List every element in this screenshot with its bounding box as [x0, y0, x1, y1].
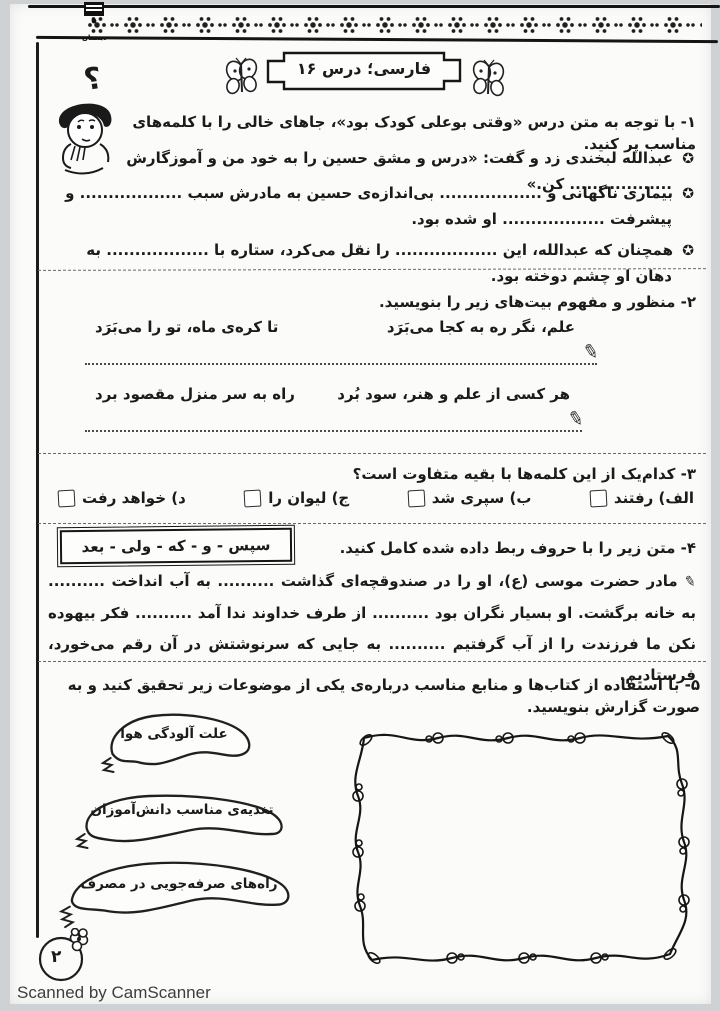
q5-topic-ribbon-2: تغذیه‌ی مناسب دانش‌آموزان — [58, 784, 306, 854]
q1-bullet-2-text: بیماری ناگهانی و .................. بی‌ا… — [65, 184, 673, 228]
q4-paragraph-text: مادر حضرت موسی (ع)، او را در صندوقچه‌ای … — [48, 572, 696, 684]
q3-option-c: ج) لیوان را — [244, 489, 349, 507]
couplet-1-hemistich-1: علم، نگر ره به کجا می‌بَرَد — [387, 318, 575, 336]
page-number: ۲ — [51, 947, 61, 967]
q4-word-bank: سپس - و - که - ولی - بعد — [60, 528, 292, 564]
q5-topic-1-label: علت آلودگی هوا — [78, 726, 270, 742]
section-divider — [38, 523, 706, 524]
q1-bullet-3-text: همچنان که عبدالله، این .................… — [86, 241, 673, 285]
q3-option-d-checkbox[interactable] — [58, 489, 76, 507]
q3-option-c-checkbox[interactable] — [244, 489, 262, 507]
school-stamp: دبستان — [82, 1, 116, 41]
q3-options: الف) رفتند ب) سپری شد ج) لیوان را د) خوا… — [58, 489, 694, 507]
couplet-1-hemistich-2: تا کره‌ی ماه، تو را می‌بَرَد — [95, 318, 278, 336]
q5-topic-ribbon-3: راه‌های صرفه‌جویی در مصرف — [45, 850, 313, 932]
medallion-circle — [34, 928, 92, 986]
stamp-label: دبستان — [82, 34, 107, 42]
butterfly-icon — [470, 58, 508, 102]
q4-heading: ۴- متن زیر را با حروف ربط داده شده کامل … — [300, 537, 696, 559]
stamp-book-icon — [82, 1, 108, 25]
star-bullet-icon: ✪ — [678, 151, 694, 167]
couplet-2-hemistich-1: هر کسی از علم و هنر، سود بُرد — [337, 385, 570, 403]
q3-heading: ۳- کدام‌یک از این کلمه‌ها با بقیه متفاوت… — [300, 463, 696, 485]
left-margin-rule — [36, 42, 39, 938]
q3-option-d: د) خواهد رفت — [58, 489, 186, 507]
page-title: فارسی؛ درس ۱۶ — [258, 59, 470, 78]
flower-dots-border — [86, 14, 702, 36]
title-banner: فارسی؛ درس ۱۶ — [258, 47, 470, 95]
q1-bullet-3: ✪ همچنان که عبدالله، این ...............… — [50, 238, 694, 289]
q2-couplet-2: هر کسی از علم و هنر، سود بُرد راه به سر … — [95, 385, 570, 403]
answer-line — [85, 429, 582, 432]
q3-option-b-checkbox[interactable] — [407, 489, 425, 507]
q3-option-a: الف) رفتند — [590, 489, 694, 507]
q2-couplet-1: علم، نگر ره به کجا می‌بَرَد تا کره‌ی ماه… — [95, 318, 575, 336]
ribbon-shape — [58, 784, 306, 854]
scanned-worksheet-page: دبستان فارسی؛ درس ۱۶ — [0, 0, 720, 1011]
section-divider — [38, 661, 706, 662]
q3-option-b: ب) سپری شد — [408, 489, 532, 507]
butterfly-icon — [222, 56, 260, 100]
report-frame — [338, 720, 696, 976]
q1-bullet-2: ✪ بیماری ناگهانی و .................. بی… — [50, 181, 694, 232]
answer-line — [85, 362, 597, 365]
page-number-medallion: ۲ — [34, 928, 92, 986]
q3-option-a-checkbox[interactable] — [589, 489, 607, 507]
q5-topic-ribbon-1: علت آلودگی هوا — [78, 704, 270, 784]
couplet-2-hemistich-2: راه به سر منزل مقصود برد — [95, 385, 295, 403]
q4-paragraph: ✎ مادر حضرت موسی (ع)، او را در صندوقچه‌ا… — [48, 566, 696, 691]
q3-option-d-label: د) خواهد رفت — [82, 489, 186, 507]
ribbon-shape — [78, 704, 270, 784]
q3-option-a-label: الف) رفتند — [614, 489, 694, 507]
page-top-edge — [28, 5, 720, 8]
q5-topic-2-label: تغذیه‌ی مناسب دانش‌آموزان — [58, 802, 306, 818]
star-bullet-icon: ✪ — [678, 186, 694, 202]
ornamental-border — [338, 720, 696, 976]
star-bullet-icon: ✪ — [678, 243, 694, 259]
scanner-credit: Scanned by CamScanner — [17, 983, 211, 1003]
q3-option-c-label: ج) لیوان را — [268, 489, 349, 507]
q3-option-b-label: ب) سپری شد — [432, 489, 532, 507]
q5-topic-3-label: راه‌های صرفه‌جویی در مصرف — [45, 876, 313, 892]
q2-heading: ۲- منظور و مفهوم بیت‌های زیر را بنویسید. — [300, 291, 696, 313]
section-divider — [38, 453, 706, 454]
